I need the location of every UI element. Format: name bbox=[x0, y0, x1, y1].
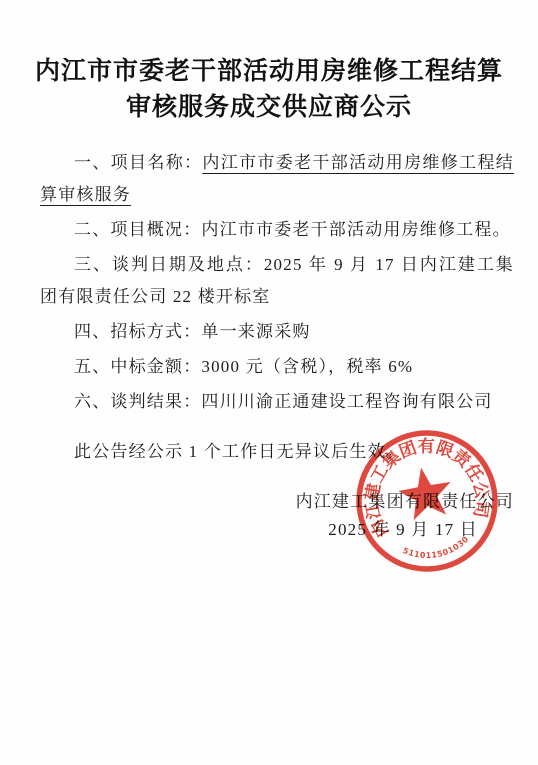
signature-date: 2025 年 9 月 17 日 bbox=[40, 516, 514, 544]
item-project-overview-value: 内江市市委老干部活动用房维修工程。 bbox=[201, 220, 510, 239]
item-award-amount-value: 3000 元（含税），税率 6% bbox=[201, 357, 413, 376]
item-negotiation-date-place: 三、谈判日期及地点：2025 年 9 月 17 日内江建工集团有限责任公司 22… bbox=[40, 249, 514, 313]
item-negotiation-result: 六、谈判结果：四川川渝正通建设工程咨询有限公司 bbox=[40, 386, 514, 418]
signature-company: 内江建工集团有限责任公司 bbox=[40, 488, 514, 516]
item-project-name-label: 一、项目名称： bbox=[74, 153, 202, 172]
closing-statement: 此公告经公示 1 个工作日无异议后生效。 bbox=[40, 436, 514, 468]
item-negotiation-result-value: 四川川渝正通建设工程咨询有限公司 bbox=[201, 392, 492, 411]
document-title: 内江市市委老干部活动用房维修工程结算 审核服务成交供应商公示 bbox=[0, 0, 538, 126]
document-title-line2: 审核服务成交供应商公示 bbox=[0, 90, 538, 126]
document-body: 一、项目名称：内江市市委老干部活动用房维修工程结算审核服务 二、项目概况：内江市… bbox=[40, 147, 514, 468]
item-bidding-method-label: 四、招标方式： bbox=[74, 322, 201, 341]
item-bidding-method-value: 单一来源采购 bbox=[201, 322, 310, 341]
document-page: 内江市市委老干部活动用房维修工程结算 审核服务成交供应商公示 一、项目名称：内江… bbox=[0, 0, 538, 765]
item-bidding-method: 四、招标方式：单一来源采购 bbox=[40, 316, 514, 348]
item-project-overview-label: 二、项目概况： bbox=[74, 220, 201, 239]
item-award-amount-label: 五、中标金额： bbox=[74, 357, 201, 376]
item-negotiation-result-label: 六、谈判结果： bbox=[74, 392, 201, 411]
document-title-line1: 内江市市委老干部活动用房维修工程结算 bbox=[0, 54, 538, 90]
item-project-overview: 二、项目概况：内江市市委老干部活动用房维修工程。 bbox=[40, 214, 514, 246]
item-negotiation-date-place-label: 三、谈判日期及地点： bbox=[74, 255, 264, 274]
item-project-name: 一、项目名称：内江市市委老干部活动用房维修工程结算审核服务 bbox=[40, 147, 514, 211]
item-award-amount: 五、中标金额：3000 元（含税），税率 6% bbox=[40, 351, 514, 383]
signature-block: 内江建工集团有限责任公司 2025 年 9 月 17 日 bbox=[40, 488, 514, 544]
